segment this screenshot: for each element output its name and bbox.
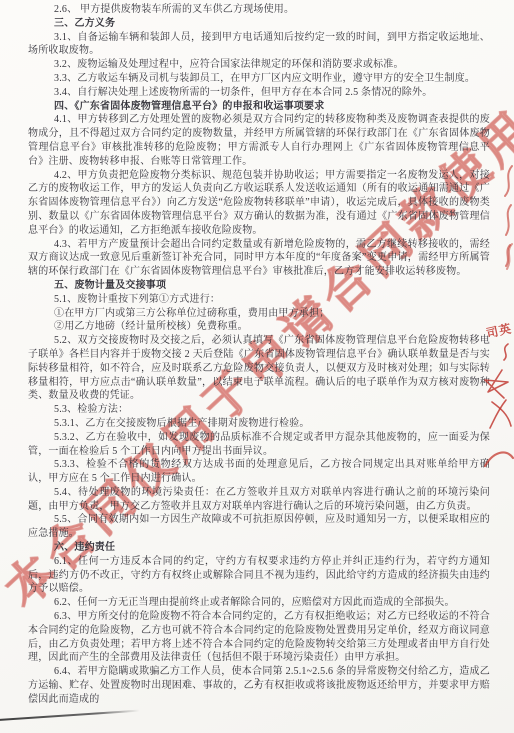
clause-3-2: 3.2、废物运输及处理过程中，应符合国家法律规定的环保和消防要求或标准。 bbox=[28, 58, 490, 72]
edge-seal-fragment-icon bbox=[500, 242, 514, 272]
clause-6-3: 6.3、甲方所交付的危险废物不符合本合同约定的，乙方有权拒绝收运；对乙方已经收运… bbox=[28, 610, 490, 665]
clause-6-1: 6.1、任何一方违反本合同的约定，守约方有权要求违约方停止并纠正违约行为，若守约… bbox=[28, 555, 490, 596]
clause-3-4: 3.4、自行解决处理上述废物所需的一切条件，但甲方存在本合同 2.5 条情况的除… bbox=[28, 86, 490, 100]
clause-5-3-2: 5.3.2、乙方在验收中，如发现废物的品质标准不合规定或者甲方混杂其他废物的，应… bbox=[28, 431, 490, 459]
clause-5-1-option-2: ②用乙方地磅（经计量所校核）免费称重。 bbox=[28, 320, 490, 334]
clause-5-3: 5.3、检验方法： bbox=[28, 403, 490, 417]
clause-3-3: 3.3、乙方收运车辆及司机与装卸员工，在甲方厂区内应文明作业，遵守甲方的安全卫生… bbox=[28, 72, 490, 86]
clause-3-1: 3.1、自备运输车辆和装卸人员，接到甲方电话通知后按约定一致的时间，到甲方指定收… bbox=[28, 31, 490, 59]
clause-4-2: 4.2、甲方负责把危险废物分类标识、规范包装并协助收运；甲方需要指定一名废物发运… bbox=[28, 169, 490, 238]
clause-6-2: 6.2、任何一方无正当理由提前终止或者解除合同的，应赔偿对方因此而造成的全部损失… bbox=[28, 596, 490, 610]
contract-body: 2.6、 甲方提供废物装车所需的叉车供乙方现场使用。 三、乙方义务 3.1、自备… bbox=[28, 3, 490, 707]
heading-section-3: 三、乙方义务 bbox=[28, 17, 490, 31]
clause-2-6: 2.6、 甲方提供废物装车所需的叉车供乙方现场使用。 bbox=[28, 3, 490, 17]
clause-5-1: 5.1、废物计重按下列第①方式进行： bbox=[28, 293, 490, 307]
clause-4-3: 4.3、若甲方产废量预计会超出合同约定数量或有新增危险废物的，需乙方继续转移接收… bbox=[28, 238, 490, 279]
scan-artifact-line bbox=[0, 710, 140, 721]
heading-section-5: 五、废物计量及交接事项 bbox=[28, 279, 490, 293]
clause-4-1: 4.1、甲方转移到乙方处理处置的废物必须是双方合同约定的转移废物种类及废物调查表… bbox=[28, 113, 490, 168]
clause-5-1-option-1: ①在甲方厂内或第三方公称单位过磅称重，费用由甲方承担； bbox=[28, 307, 490, 321]
scanned-contract-page: 本合同仅用于申请合同款使用 2.6、 甲方提供废物装车所需的叉车供乙方现场使用。… bbox=[0, 0, 514, 733]
heading-section-6: 六、违约责任 bbox=[28, 541, 490, 555]
clause-5-3-3: 5.3.3、检验不合格的货物经双方达成书面的处理意见后，乙方按合同规定出具对账单… bbox=[28, 458, 490, 486]
page-number: 2 bbox=[0, 677, 514, 688]
edge-seal-fragment-icon bbox=[498, 163, 514, 269]
clause-5-2: 5.2、双方交接废物时及交接之后，必须认真填写《广东省固体废物管理信息平台危险废… bbox=[28, 334, 490, 403]
clause-5-4: 5.4、待处理废物的环境污染责任：在乙方签收并且双方对联单内容进行确认之前的环境… bbox=[28, 486, 490, 514]
clause-5-5: 5.5、合同有效期内如一方因生产故障或不可抗拒原因停顿，应及时通知另一方，以便采… bbox=[28, 513, 490, 541]
heading-section-4: 四、《广东省固体废物管理信息平台》的申报和收运事项要求 bbox=[28, 100, 490, 114]
clause-5-3-1: 5.3.1、乙方在交接废物后根据生产排期对废物进行检验。 bbox=[28, 417, 490, 431]
